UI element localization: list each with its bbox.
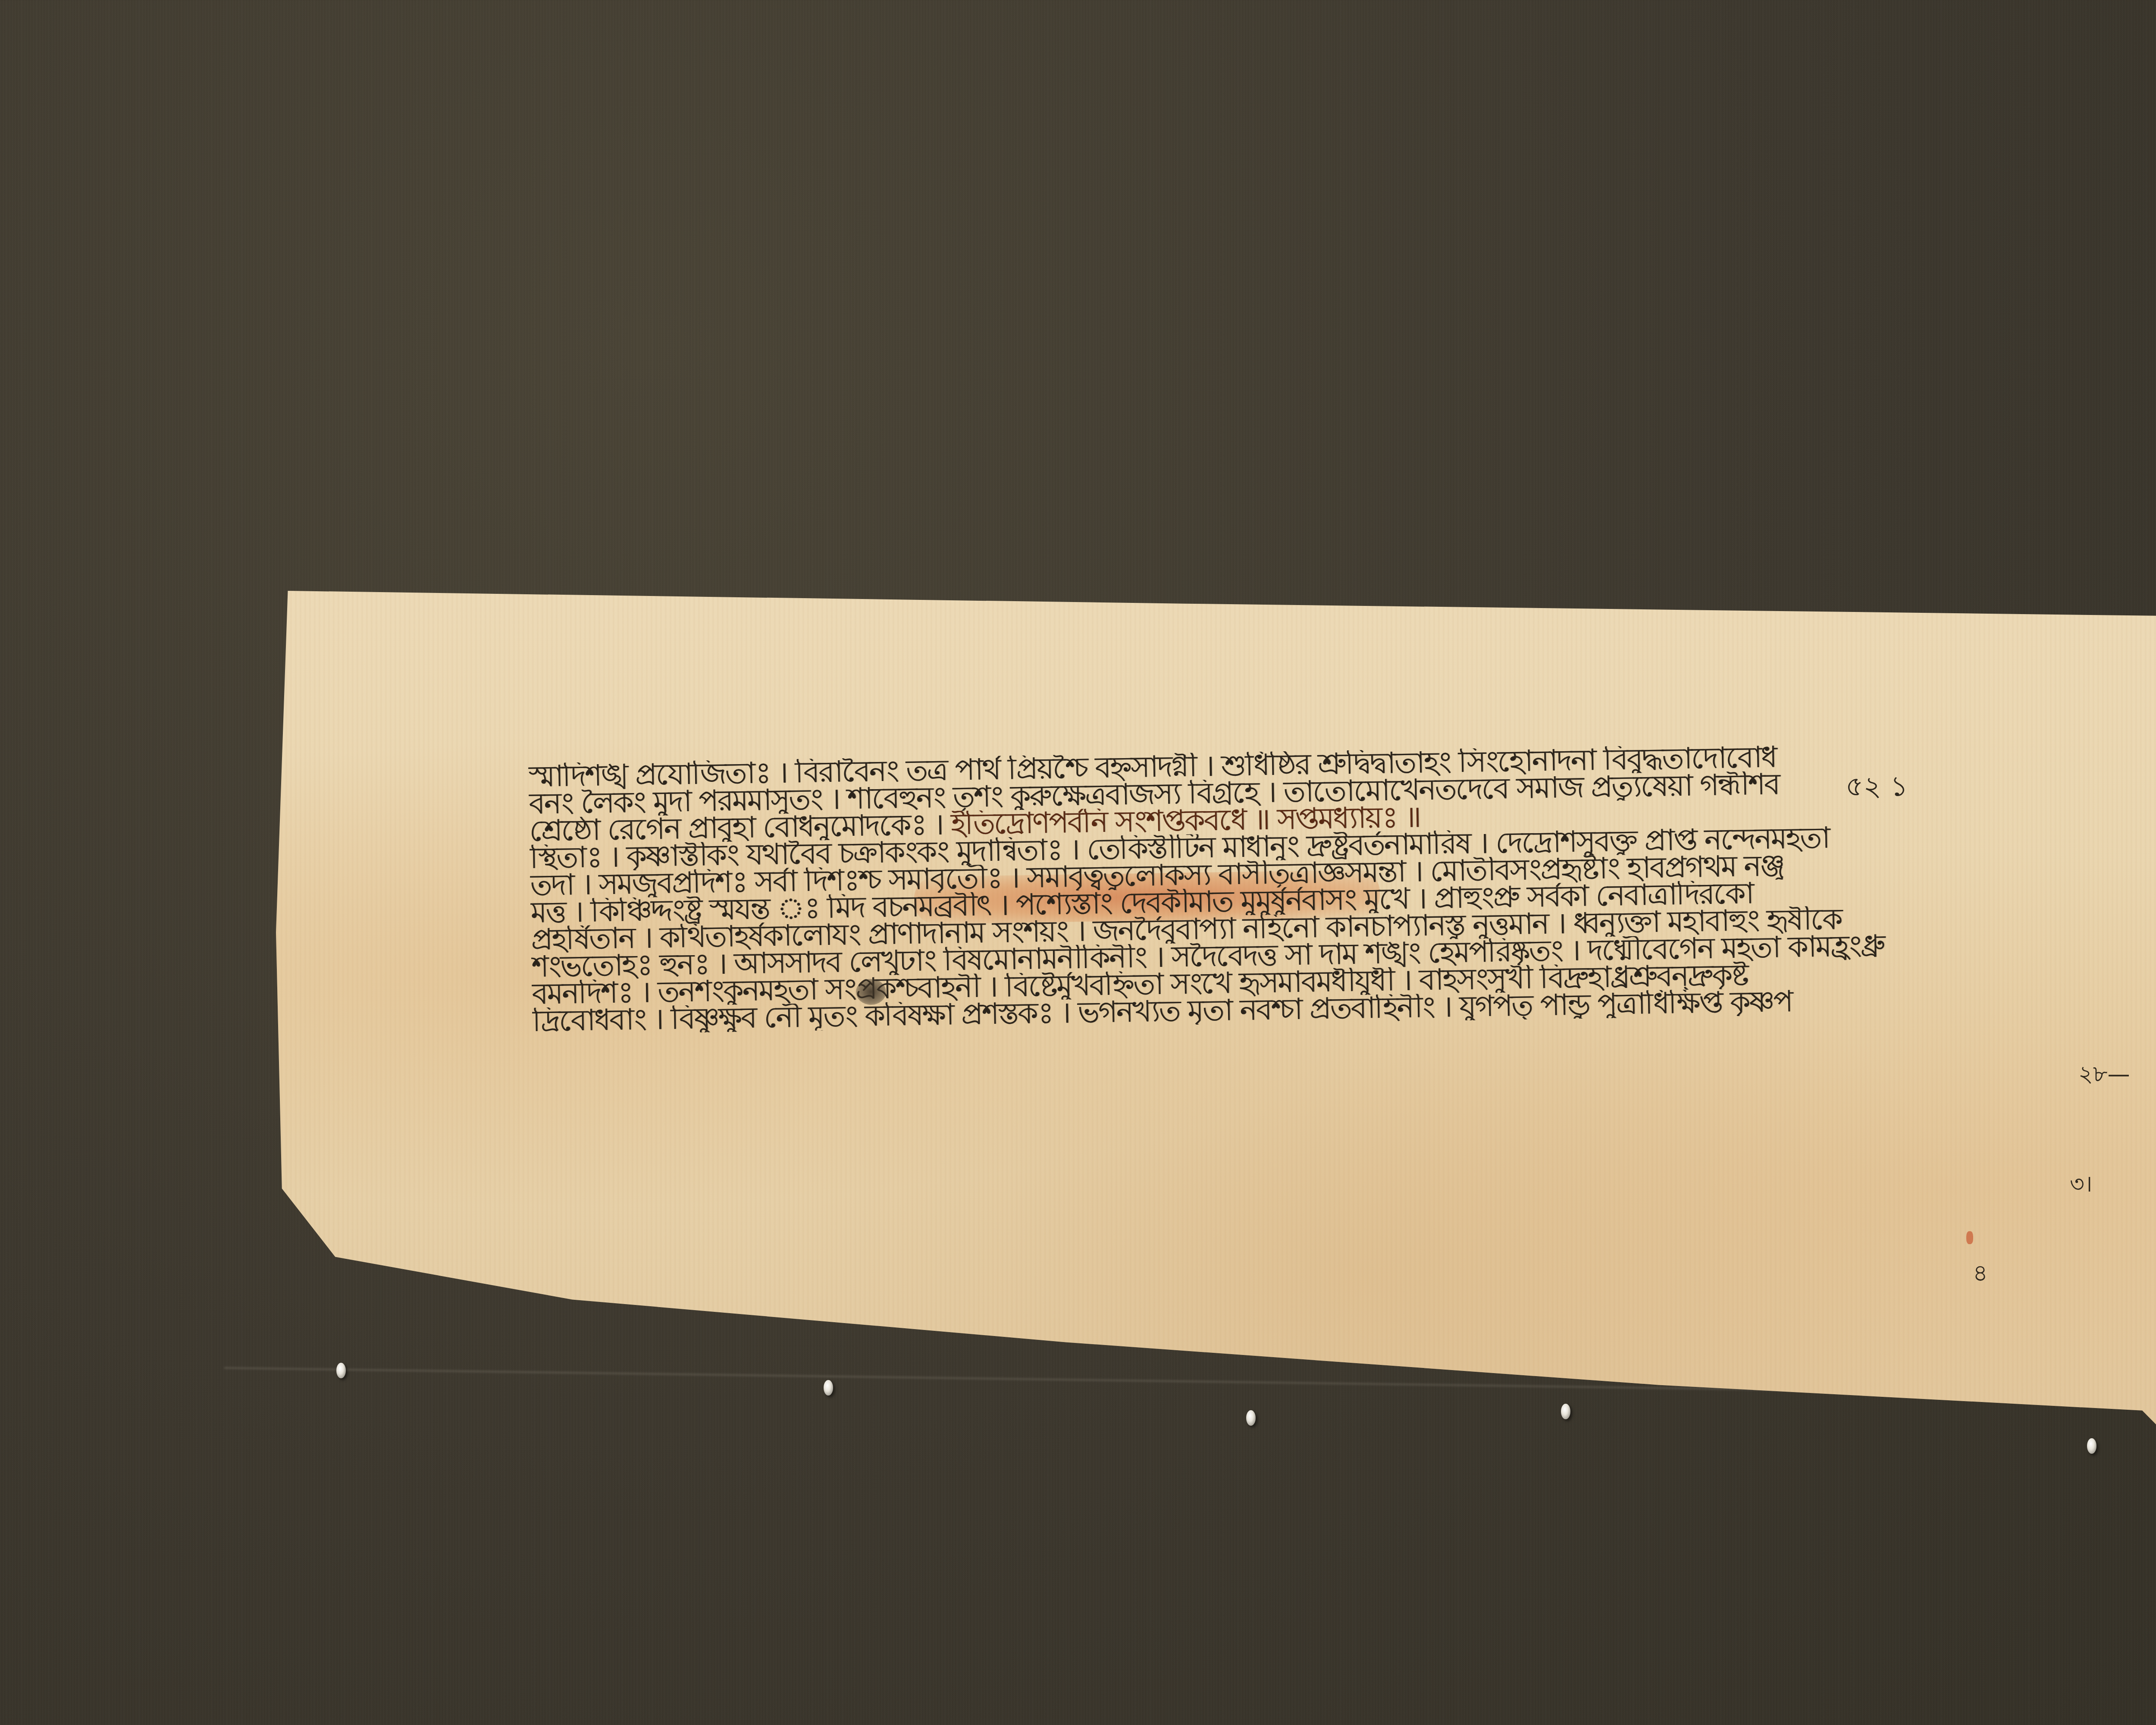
mounting-pin-4 (1561, 1404, 1570, 1419)
margin-note-right-line9: ৩। (2070, 1167, 2092, 1204)
mounting-pin-2 (824, 1380, 833, 1396)
manuscript-text-block: স্মাদিশঙ্খ প্রযোজিতাঃ । বিরাবৈনং তত্র পা… (528, 739, 2067, 1035)
red-pigment-mark (1966, 1231, 1973, 1244)
mounting-pin-1 (336, 1363, 346, 1378)
margin-note-folio-top: ৫২ ১ (1846, 765, 1908, 812)
margin-note-folio-number: ২৮— (2078, 1057, 2130, 1094)
mounting-pin-5 (2087, 1438, 2096, 1454)
ink-blot (856, 979, 886, 1005)
mounting-pin-3 (1246, 1410, 1256, 1426)
manuscript-leaf: স্মাদিশঙ্খ প্রযোজিতাঃ । বিরাবৈনং তত্র পা… (276, 591, 2156, 1445)
margin-note-descender: ৪ (1973, 1255, 1988, 1294)
